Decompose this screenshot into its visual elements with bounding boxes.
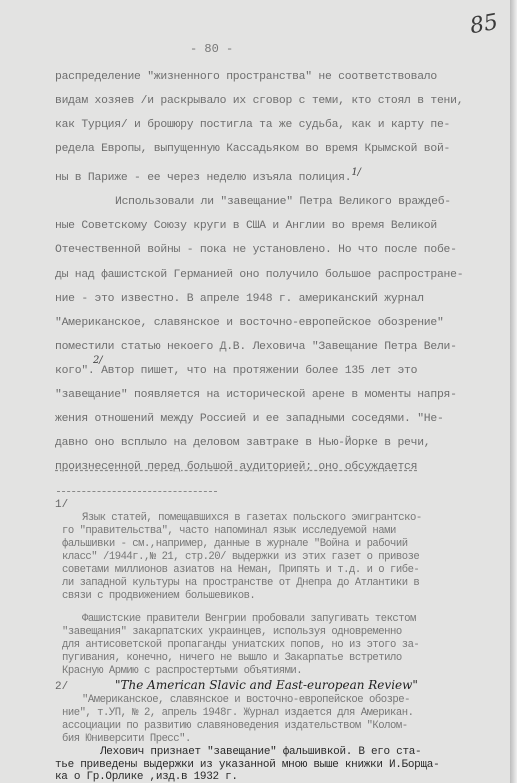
footnote-line: советами миллионов азиатов на Неман, При…	[55, 564, 505, 577]
footnote-line: Красную Армию с распростертыми объятиями…	[55, 665, 505, 678]
footnotes: 1/ Язык статей, помещавшихся в газетах п…	[55, 498, 505, 783]
footnote-line: фальшивки - см.,например, данные в журна…	[55, 538, 505, 551]
page-edge	[510, 0, 517, 783]
text-line: видам хозяев /и раскрывало их сговор с т…	[55, 89, 495, 113]
footnote-line: для антисоветской пропаганды униатских п…	[55, 639, 505, 652]
text-line: как Турция/ и брошюру постигла та же суд…	[55, 113, 495, 137]
text-line: ны в Париже - ее через неделю изъяла пол…	[55, 161, 495, 190]
footnote-line: Язык статей, помещавшихся в газетах поль…	[55, 512, 505, 525]
footnote-dark-line: тье приведены выдержки из указанной мною…	[55, 759, 505, 772]
text-line-content: ны в Париже - ее через неделю изъяла пол…	[55, 172, 351, 184]
footnote-separator	[57, 491, 217, 492]
handwritten-folio-number: 85	[468, 10, 500, 39]
text-line: ние - это известно. В апреле 1948 г. аме…	[55, 287, 495, 311]
page-number: - 80 -	[190, 42, 233, 56]
text-line: жения отношений между Россией и ее запад…	[55, 407, 495, 431]
text-line: давно оно всплыло на деловом завтраке в …	[55, 431, 495, 455]
footnote-1-ref: 1/	[351, 167, 360, 178]
text-line: произнесенной перед большой аудиторией; …	[55, 455, 495, 479]
footnote-dark-line: Лехович признает "завещание" фальшивкой.…	[55, 746, 505, 759]
footnote-line: ние", т.УП, № 2, апрель 1948г. Журнал из…	[55, 707, 505, 720]
footnote-line: Фашистские правители Венгрии пробовали з…	[55, 613, 505, 626]
footnote-2-header: 2/ "The American Slavic and East-europea…	[55, 678, 505, 694]
footnote-line: пугивания, конечно, ничего не вышло и За…	[55, 652, 505, 665]
main-text: распределение "жизненного пространства" …	[55, 65, 495, 479]
text-line: Отечественной войны - пока не установлен…	[55, 238, 495, 262]
footnote-line: "Американское, славянское и восточно-евр…	[55, 694, 505, 707]
footnote-line: бия Юниверсити Пресс".	[55, 733, 505, 746]
text-line: ные Советскому Союзу круги в США и Англи…	[55, 214, 495, 238]
footnote-1-number: 1/	[55, 498, 505, 512]
footnote-dark-line: ка о Гр.Орлике ,изд.в 1932 г.	[55, 771, 505, 783]
text-line: "завещание" появляется на исторической а…	[55, 383, 495, 407]
footnote-line: ассоциации по развитию славяноведения из…	[55, 720, 505, 733]
text-line-content: кого". Автор пишет, что на протяжении бо…	[55, 365, 417, 377]
footnote-2-number: 2/	[55, 680, 85, 694]
text-line: Использовали ли "завещание" Петра Велико…	[55, 190, 495, 214]
text-line: редела Европы, выпущенную Кассадьяком во…	[55, 137, 495, 161]
footnote-2-ref: 2/	[93, 349, 102, 373]
document-page: 85 - 80 - распределение "жизненного прос…	[0, 0, 510, 783]
text-line: 2/кого". Автор пишет, что на протяжении …	[55, 359, 495, 383]
footnote-line: ли западной культуры на пространстве от …	[55, 577, 505, 590]
handwritten-annotation: "The American Slavic and East-european R…	[85, 678, 418, 692]
text-line: распределение "жизненного пространства" …	[55, 65, 495, 89]
text-line: поместили статью некоего Д.В. Леховича "…	[55, 335, 495, 359]
footnote-line: связи с продвижением большевиков.	[55, 590, 505, 603]
footnote-line: го "правительства", часто напоминал язык…	[55, 525, 505, 538]
text-line: ды над фашистской Германией оно получило…	[55, 263, 495, 287]
footnote-line: "завещания" закарпатских украинцев, испо…	[55, 626, 505, 639]
text-line: "Американское, славянское и восточно-евр…	[55, 311, 495, 335]
footnote-line: класс" /1944г.,№ 21, стр.20/ выдержки из…	[55, 551, 505, 564]
